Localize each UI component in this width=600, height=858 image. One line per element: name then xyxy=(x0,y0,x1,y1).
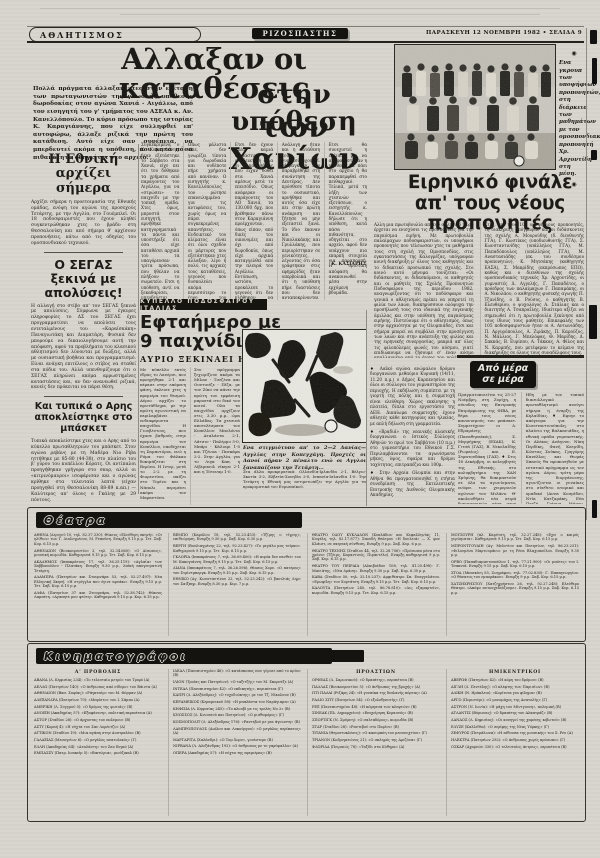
section-label-box: ΑΘΛΗΤΙΣΜΟΣ xyxy=(29,27,201,42)
theatre-listing: ΟΡΒΟ (Παπαδιαμαντοπούλου 1, τηλ. 77.21.9… xyxy=(451,560,579,569)
cinema-listing: ΚΑΠΡΙ (Λ. Αλεξάνδρας): «Ο τυχοδιώκτης» μ… xyxy=(173,693,301,697)
cinema-listing: ΑΜΕΡΙΚΗ (Λ. Συγγρού 5): «Ο δρόμος της φω… xyxy=(34,705,162,709)
left-article-title: Η Εθνική αρχίζει σήμερα xyxy=(30,153,137,196)
scan-artifact xyxy=(590,30,597,44)
theatre-listing: ΘΕΑΤΡΟ ΟΔΟΥ ΚΥΚΛΑΔΩΝ (Κυκλάδων και Κεφαλ… xyxy=(312,533,440,546)
article-column: Ανάλογη ήταν και η κατάθεση του γυμνασία… xyxy=(277,142,320,300)
theatre-listing: ΘΕΑΤΡΟ ΤΕΧΝΗΣ (Σταδίου 44, τηλ. 32.28.70… xyxy=(312,549,440,562)
cinema-listing: ΑΣΤΥ (Κοραή 4): «Η νύχτα του Σαν Λορέντζ… xyxy=(34,725,162,729)
cinema-listing: ΣΙΝΕΑΚ (Πλ. Δημαρχείου): «Επιχείρηση Κερ… xyxy=(312,711,440,715)
theatre-listings-column: ΒΕΜΠΟ (Καρόλου 18, τηλ. 52.23.453): «Τζί… xyxy=(168,533,301,636)
theatre-listing: ΕΘΝΙΚΟ (Αγ. Κωνσταντίνου 22, τηλ. 52.23.… xyxy=(173,577,301,586)
cinema-listing: ΚΕΡΑΜΕΙΚΟΣ (Κεραμεικού 58): «Η μπαλάντα … xyxy=(173,700,301,704)
sports-notes-column: ♦ Λαϊκό αγώνα ανώμαλου δρόμου διοργανώνε… xyxy=(370,366,455,504)
cinema-listings-column: ΗΜΙΚΕΝΤΡΙΚΟΙ ΑΒΕΡΩΦ (Πατησίων 42): «Η κό… xyxy=(446,669,579,816)
cinema-listing: ΑΤΤΙΚΟΝ (Σταδίου 19): «Μια αγάπη στην Αυ… xyxy=(34,731,162,735)
cinema-category-head: ΠΡΟΑΣΤΙΩΝ xyxy=(312,670,440,676)
cinema-listing: ΜΑΡΓΑΡΙΤΑ (Χαλάνδρι): «Ο Τομ Χορν», γουέ… xyxy=(173,738,301,742)
article-column: Ηδη με τον τοπικό διασυλλογικό πρωταθλητ… xyxy=(521,392,584,504)
theatre-listing: ΜΟΥΣΟΥΡΗ (πλ. Καρύτση, τηλ. 32.27.248): … xyxy=(451,533,579,542)
article-column: Οπως μάλιστα είπε, δεν γνωρίζει τίποτα γ… xyxy=(183,142,226,300)
cinemas-header-strip: Κινηματογράφοι xyxy=(36,648,332,664)
theatre-listings-column: ΜΟΥΣΟΥΡΗ (πλ. Καρύτση, τηλ. 32.27.248): … xyxy=(446,533,579,636)
scan-artifact xyxy=(592,58,597,84)
scan-artifact xyxy=(591,150,597,160)
cinema-listing: ΑΝΟΙΞΗ (Ακαδημίας 57): «Εξαφάνιση», πολι… xyxy=(34,711,162,715)
match-photo-caption-extra: Στα άλλα προκριματικά: Ολλανδία-Ιρλανδία… xyxy=(243,470,366,490)
section-label: ΑΘΛΗΤΙΣΜΟΣ xyxy=(40,30,124,40)
scan-artifact xyxy=(120,14,540,15)
day-by-day-columns: Πραγματοποιείται τις 25-27 Νοέμβρη, στη … xyxy=(458,392,584,504)
cinema-category-head: ΗΜΙΚΕΝΤΡΙΚΟΙ xyxy=(451,670,579,676)
cinema-listing: ΠΑΛΛΑΣ (Βουκουρεστίου 5): «Ο άνθρωπος τη… xyxy=(312,685,440,689)
theatre-listing: ΑΛΦΑ (Πατησίων 37 και Στουρνάρα, τηλ. 52… xyxy=(34,591,162,600)
news-brief: ♦ Λαϊκό αγώνα ανώμαλου δρόμου διοργανώνε… xyxy=(370,366,455,426)
cinema-listing: ΖΕΦΥΡΟΣ (Πετράλωνα): «Η αίθουσα της μουσ… xyxy=(451,731,579,735)
article-column: Αλλη μια πρωτοβουλία απ' τον αθλητικό χώ… xyxy=(374,222,474,358)
left-rail: Η Εθνική αρχίζει σήμερα Αρχίζει σήμερα η… xyxy=(30,150,137,503)
cinema-listing: ΚΝΩΣΣΟΣ (Λ. Κνωσσού και Πατησίων): «Ο μι… xyxy=(173,713,301,717)
news-brief: ♦ «Βραδιά» της νεανικής κλασικής διοργαν… xyxy=(370,429,455,467)
theatre-listing: ΒΕΜΠΟ (Καρόλου 18, τηλ. 52.23.453): «Τζί… xyxy=(173,533,301,542)
cinema-listing: ΙΝΤΕΑΛ (Πανεπιστημίου 42): «Ο εκδικητής»… xyxy=(173,687,301,691)
theatre-listing: ΓΚΛΟΡΙΑ (Ιπποκράτους 7, τηλ. 36.09.400):… xyxy=(173,555,301,564)
theatre-listing: ΧΑΤΖΗΧΡΗΣΤΟΥ (Χατζηχρήστου 26, τηλ. 92.2… xyxy=(451,582,579,595)
dateline: ΠΑΡΑΣΚΕΥΗ 12 ΝΟΕΜΒΡΗ 1982 • ΣΕΛΙΔΑ 9 xyxy=(426,30,582,36)
theatre-listing: ΣΤΟΑ (Μπισκίνη 55, Ζωγράφου, τηλ. 77.02.… xyxy=(451,571,579,580)
cinema-listing: ΟΡΦΕΑΣ (Λ. Σαρωνικού): «Ο δραπέτης», περ… xyxy=(312,678,440,682)
left-article-body: Η αλλαγή στο στίβο απ' τον ΣΕΓΑΣ ξεκινά … xyxy=(30,304,137,392)
cinema-listing: ΛΑΜΠΡΟΠΟΥΛΟΣ (Αιόλου και Λυκούργου): «Ο … xyxy=(173,727,301,736)
cinema-listing: ΣΤΑΡ (Σταδίου 28): «Ραντεβού στο Παρίσι»… xyxy=(312,725,440,729)
cinema-listings-column: ΙΔΕΑΛ (Πανεπιστημίου 46): «Ο κατάσκοπος … xyxy=(168,669,301,816)
theatres-title: Θέατρα xyxy=(44,514,107,527)
day-by-day-title-line2: σε μέρα xyxy=(482,375,524,385)
lead-paragraph: Πολλά πράγματα άλλαξαν χτες στην εξέταση… xyxy=(33,86,193,148)
left-article-title: Και τυπικά ο Αρης αποκλείστηκε στο μπάσκ… xyxy=(34,402,133,435)
cinema-listing: ΑΕΛΛΩ (Πατησίων 140): «Ο άνθρωπος από σί… xyxy=(34,685,162,689)
coaches-article-columns: Αλλη μια πρωτοβουλία απ' τον αθλητικό χώ… xyxy=(374,222,584,358)
cinema-listing: ΑΣΤΟΡ (Σταδίου 28): «Ο άρχοντας του πολέ… xyxy=(34,718,162,722)
cinema-listing: ΦΛΩΡΙΔΑ (Πειραιώς 78): «Ταξίδι στα Κύθηρ… xyxy=(312,745,440,749)
photo-caption-column: ◉ Ενα γκρουπ των υποψήφιων προπονητών, σ… xyxy=(559,48,589,191)
theatre-listing: ΔΙΑΝΑ (Ιπποκράτους 7, τηλ. 36.26.596): Θ… xyxy=(173,566,301,575)
theatre-listing: ΑΚΑΔΗΜΟΣ (Ιπποκράτους 17, τηλ. 36.25.119… xyxy=(34,560,162,573)
cinema-listing: ΤΡΙΑΝΟΝ (Κοδριγκτώνος 21): «Ο σκληρός τη… xyxy=(312,738,440,742)
cinema-listing: ΕΛΥΖΕ (Καλλιθέα): «Ο σερίφης της Νέας Υό… xyxy=(451,725,579,729)
divider xyxy=(44,396,123,397)
cinema-listing: ΠΤΙ ΠΑΛΑΙ (Ριζάρη 24): «Η γυναίκα της δι… xyxy=(312,691,440,695)
cinema-listing: ΑΙΓΛΗ (Λ. Πεντέλης): «Ο κλέφτης των Παρι… xyxy=(451,685,579,689)
cinema-listing: ΑΘΗΝΑΙΟΝ (Βασ. Σοφίας): «Ράγκταϊμ» του Μ… xyxy=(34,691,162,695)
theatre-listing: ΒΕΡΓΗ (Βουλιαγμένης 22, τηλ. 92.23.427):… xyxy=(173,544,301,553)
cinema-listing: ΑΤΛΑΝΤΙΣ (Βύρωνας): «Ο δραπέτης του Αλκα… xyxy=(451,711,579,715)
theatre-listing: ΚΑΒΑ (Σταδίου 50, τηλ. 32.10.237): Αμφιθ… xyxy=(312,575,440,584)
cinema-listing: ΡΑΔΙΟ ΣΙΤΥ (Πατησίων 54): «Ο εξολοθρευτή… xyxy=(312,698,440,702)
cinema-listing: ΕΜΠΑΣΣΥ (Πατρ. Ιωακείμ 5): «Βικτώρια», μ… xyxy=(34,751,162,755)
cinema-listing: ΑΛΙΚΗ (Ν. Ηράκλειο): «Κορίτσια για φίλημ… xyxy=(451,691,579,695)
cinemas-header-tag xyxy=(324,650,364,662)
paper-name: ΡΙΖΟΣΠΑΣΤΗΣ xyxy=(263,29,338,38)
left-article-body: Τυπικά αποκλείστηκε χτες και ο Αρης από … xyxy=(30,439,137,503)
column-rule xyxy=(366,310,367,506)
italy-banner: ΚΥΠΕΛΛΟ ΠΟΔΟΣΦΑΙΡΟΥ ΙΤΑΛΙΑΣ xyxy=(140,299,267,310)
cinema-listing: ΑΒΑΝΑ (Λ. Κηφισίας 234): «Το τελευταίο μ… xyxy=(34,678,162,682)
cinema-listing: ΚΗΦΙΣΙΑ (Λ. Κηφισίας 245): «Το κλουβί με… xyxy=(173,707,301,711)
cinema-category-head: Α' ΠΡΟΒΟΛΗΣ xyxy=(34,670,162,676)
group-photo-image xyxy=(395,45,555,169)
cinema-listing: ΙΛΙΟΝ (Τροίας και Πατησίων): «Ο ταξιτζής… xyxy=(173,680,301,684)
coaches-group-photo xyxy=(395,45,555,169)
cinema-listing: ΚΟΣΜΟΠΟΛΙΤ (Λ. Αλεξάνδρας 176): «Ραντεβο… xyxy=(173,720,301,724)
page-edge-rule xyxy=(586,28,587,520)
article-column: Πραγματοποιείται τις 25-27 Νοέμβρη, στη … xyxy=(458,392,516,504)
theatre-listing: ΚΑΛΟΥΤΑ (Πατησίων 240, τηλ. 86.78.810): … xyxy=(312,586,440,595)
cinema-listing: ΕΛΛΗ (Ακαδημίας 64): «Αταλάντη» του Ζαν … xyxy=(34,745,162,749)
author-signature: Κ. ΚΑΣΙΑΡΗΣ xyxy=(322,262,366,267)
cinema-listing: ΙΔΕΑΛ (Πανεπιστημίου 46): «Ο κατάσκοπος … xyxy=(173,669,301,678)
cinema-listing: ΟΣΚΑΡ (Αχαρνών 330): «Ο τελευταίος άντρα… xyxy=(451,745,579,749)
cinema-listings-column: Α' ΠΡΟΒΟΛΗΣ ΑΒΑΝΑ (Λ. Κηφισίας 234): «Το… xyxy=(34,669,162,816)
article-column: Ετσι θα συνεχιστεί η εξέταση για να αποφ… xyxy=(324,142,367,300)
article-column: Στο πρόγραμμα ξεχωρίζουν ακόμα τα Μίλαν … xyxy=(190,367,240,505)
theatre-listing: ΘΕΑΤΡΟ ΤΟΥ ΠΕΙΡΑΙΑ (Αλκιβιάδου 108, τηλ.… xyxy=(312,564,440,573)
theatre-listings-column: ΑΘΗΝΑ (Δεριγνύ 10, τηλ. 82.37.330): Θίασ… xyxy=(34,533,162,636)
cinema-listings-column: ΠΡΟΑΣΤΙΩΝ ΟΡΦΕΑΣ (Λ. Σαρωνικού): «Ο δραπ… xyxy=(307,669,440,816)
theatre-listing: ΑΘΗΝΑΙΩΝ (Βουκουρεστίου 3, τηλ. 32.34.66… xyxy=(34,549,162,558)
cinema-listing: ΑΡΓΩ (Περιστέρι): «Ο μονομάχος της Ανατο… xyxy=(451,698,579,702)
newspaper-page: ΑΘΛΗΤΙΣΜΟΣ ΡΙΖΟΣΠΑΣΤΗΣ ΠΑΡΑΣΚΕΥΗ 12 ΝΟΕΜ… xyxy=(0,0,600,858)
cinemas-section: Κινηματογράφοι Α' ΠΡΟΒΟΛΗΣ ΑΒΑΝΑ (Λ. Κηφ… xyxy=(27,643,586,822)
section-rule xyxy=(457,355,584,358)
cinema-listing: ΑΛΕΞΑΝΔΡΑ (Πατησίων 79): «Μεφίστο» του Ι… xyxy=(34,698,162,702)
cinema-listing: ΗΛΕΚΤΡΑ (Πατησίων 292): «Ο άνθρωπος χωρί… xyxy=(451,738,579,742)
theatre-listing: ΜΠΡΟΝΤΓΟΥΑΙΗ (Αγ. Μελετίου και Πατησίων,… xyxy=(451,544,579,557)
divider xyxy=(44,252,123,253)
scan-artifact xyxy=(592,500,597,518)
cinema-listing: ΡΕΞ (Πανεπιστημίου 48): «Η κόμησσα των κ… xyxy=(312,705,440,709)
cinema-listing: ΓΑΛΑΞΙΑΣ (Μεσογείων 6): «Ο μεγάλος ανατο… xyxy=(34,738,162,742)
cinema-listing: ΑΣΤΡΟΝ (Ν. Ιωνία): «Η μάχη του Μίντγουεη… xyxy=(451,705,579,709)
article-column: Χτες, απ' τους 105 υποψήφιους προπονητές… xyxy=(480,222,585,358)
theatre-listing: ΑΘΗΝΑ (Δεριγνύ 10, τηλ. 82.37.330): Θίασ… xyxy=(34,533,162,546)
cinema-listing: ΔΑΝΑΟΣ (Λ. Κηφισίας): «Οι κυνηγοί της χα… xyxy=(451,718,579,722)
cinema-listing: ΣΠΟΡΤΙΓΚ (Ν. Σμύρνη): «Ο σαλταδόρος», κω… xyxy=(312,718,440,722)
theatre-listings-column: ΘΕΑΤΡΟ ΟΔΟΥ ΚΥΚΛΑΔΩΝ (Κυκλάδων και Κεφαλ… xyxy=(307,533,440,636)
cinemas-title: Κινηματογράφοι xyxy=(44,650,188,663)
article-column: Ετσι δεν έχουν πλέον καμιά ουσιαστική απ… xyxy=(230,142,273,300)
cinema-listing: ΤΙΤΑΝΙΑ (Θεμιστοκλέους): «Ο καουμπόη του… xyxy=(312,731,440,735)
match-photo-caption: Ενα στιγμιότυπο απ' το 2—2 Δανίας—Αγγλία… xyxy=(243,445,366,471)
caption-top-marker-icon: ◉ xyxy=(559,50,589,58)
paper-name-badge: ΡΙΖΟΣΠΑΣΤΗΣ xyxy=(252,28,348,39)
italy-article-columns: Με κύπελλο εκτός έδρας το Λανέρσι, που π… xyxy=(140,367,240,505)
soccer-photo-image xyxy=(243,330,366,442)
scan-artifact xyxy=(40,8,560,9)
cinema-listing: ΝΙΡΒΑΝΑ (Λ. Αλεξάνδρας 192): «Ο άνθρωπος… xyxy=(173,744,301,748)
scan-artifact xyxy=(589,305,597,339)
article-column: Με κύπελλο εκτός έδρας το Λανέρσι, που π… xyxy=(140,367,186,505)
article-column: Συγκεκριμένα ο Κ. Καραγιάννης, όταν εξετ… xyxy=(141,142,179,300)
theatres-header-strip: Θέατρα xyxy=(36,512,302,528)
column-rule xyxy=(138,144,139,494)
left-article-body: Αρχίζει σήμερα η προετοιμασία της Εθνική… xyxy=(30,200,137,247)
day-by-day-title-box: Από μέρα σε μέρα xyxy=(470,361,536,388)
cinema-listing: ΟΠΕΡΑ (Ακαδημίας 57): «Η νύχτα της πρεμι… xyxy=(173,751,301,755)
theatres-section: Θέατρα ΑΘΗΝΑ (Δεριγνύ 10, τηλ. 82.37.330… xyxy=(27,507,586,642)
match-action-photo xyxy=(243,330,366,442)
cinema-listing: ΑΒΕΡΩΦ (Πατησίων 42): «Η κόρη του δρόμου… xyxy=(451,678,579,682)
theatre-listing: ΑΛΑΜΠΡΑ (Πατησίων και Στουρνάρα 53, τηλ.… xyxy=(34,575,162,588)
day-by-day-title-line1: Από μέρα xyxy=(478,364,528,374)
news-brief: ♦ Στην Αρχαία Ολυμπία και στην Αθήνα θα … xyxy=(370,470,455,497)
main-article-columns: Συγκεκριμένα ο Κ. Καραγιάννης, όταν εξετ… xyxy=(141,142,367,300)
left-article-title: Ο ΣΕΓΑΣ ξεκινά με απολύσεις! xyxy=(30,258,137,300)
